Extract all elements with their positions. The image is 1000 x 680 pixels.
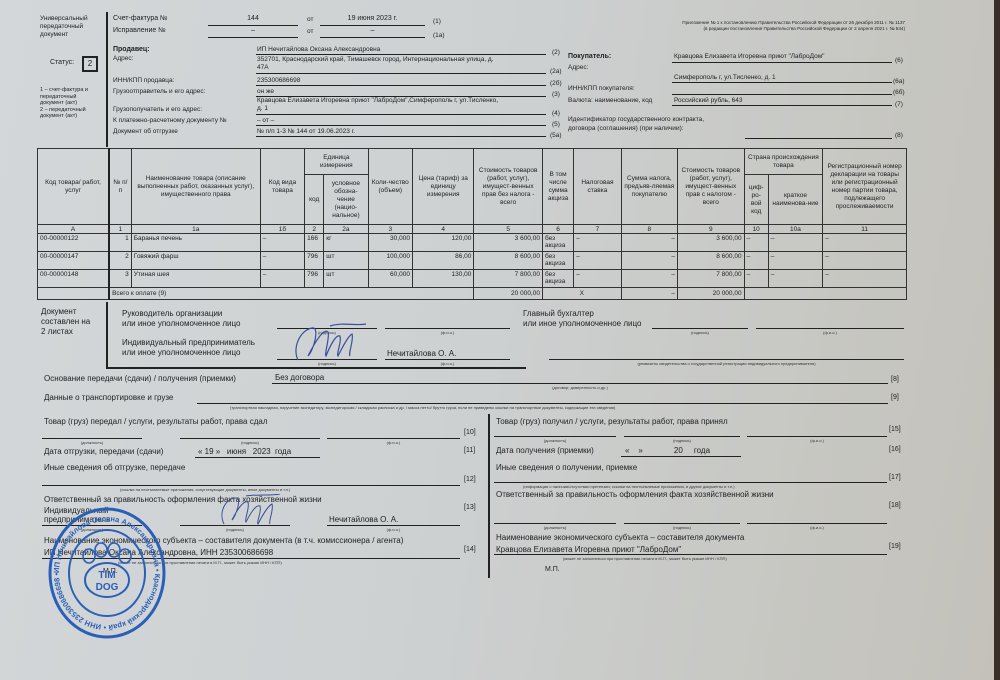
basis-line — [272, 383, 888, 384]
ref-12: [12] — [464, 476, 476, 483]
mp-right: М.П. — [545, 566, 560, 573]
cell-price: 86,00 — [412, 252, 473, 270]
basis-value: Без договора — [275, 373, 324, 382]
cap-sign: (подпись) — [624, 438, 740, 443]
cell-cost-with-tax: 3 600,00 — [678, 234, 745, 252]
ref-16: [16] — [889, 446, 901, 453]
address-line: 47А — [257, 64, 494, 72]
payment-doc-value: – от – — [257, 117, 274, 124]
cell-code: 00-00000122 — [38, 234, 110, 252]
cell-cost-no-tax: 3 600,00 — [474, 234, 543, 252]
ip-label: Индивидуальный предприниматель или иное … — [122, 338, 255, 358]
ip-fio-line — [385, 359, 510, 360]
cell-excise: без акциза — [542, 252, 573, 270]
resp-right-label: Ответственный за правильность оформления… — [496, 490, 774, 499]
underline — [745, 138, 892, 139]
doc-type-line: передаточный — [40, 23, 88, 31]
ip-cert-line — [549, 359, 904, 360]
ref-9-bracket: [9] — [891, 394, 899, 401]
underline — [208, 37, 298, 38]
seller-inn-value: 235300686698 — [257, 77, 300, 84]
col-header-price: Цена (тариф) за единицу измерения — [412, 149, 473, 225]
doc-type-label: Универсальный передаточный документ — [40, 15, 88, 39]
cell-kind-code: – — [260, 252, 304, 270]
ref-19: [19] — [889, 543, 901, 550]
other-recv-label: Иные сведения о получении, приемке — [496, 463, 637, 472]
underline — [256, 136, 546, 137]
fio-line — [327, 438, 460, 439]
doc-pages-line: составлен на — [41, 317, 90, 327]
cap-fio: (ф.и.о.) — [756, 330, 904, 335]
ship-date-label: Дата отгрузки, передачи (сдачи) — [44, 447, 163, 456]
doc-type-line: документ — [40, 31, 88, 39]
cap-fio: (ф.и.о.) — [385, 330, 510, 335]
doc-type-line: Универсальный — [40, 15, 88, 23]
col-header-unit-name: условное обозна-чение (нацио-нальное) — [324, 175, 368, 225]
underline — [672, 94, 892, 95]
ref-17: [17] — [889, 474, 901, 481]
seller-address-value: 352701, Краснодарский край, Тимашевск го… — [257, 56, 494, 72]
fio-line — [747, 436, 887, 437]
col-num: 2а — [324, 225, 368, 234]
cell-country-name: – — [768, 234, 822, 252]
col-header-kind-code: Код вида товара — [260, 149, 304, 225]
cell-country-code: – — [744, 252, 768, 270]
total-label: Всего к оплате (9) — [109, 288, 474, 300]
col-header-unit-group: Единица измерения — [305, 149, 368, 175]
consignee-line: д. 1 — [257, 105, 498, 113]
ref-11: [11] — [464, 447, 475, 454]
cap-fio: (ф.и.о.) — [385, 361, 510, 366]
head-label-line: или иное уполномоченное лицо — [122, 319, 240, 329]
cell-tax-rate: – — [574, 252, 621, 270]
cell-unit-name: шт — [324, 252, 368, 270]
resp-left-name: Нечитайлова О. А. — [329, 515, 398, 524]
handed-label: Товар (груз) передал / услуги, результат… — [44, 417, 268, 426]
received-label: Товар (груз) получил / услуги, результат… — [496, 417, 728, 426]
other-recv-line — [494, 482, 887, 483]
cap-fio: (ф.и.о.) — [327, 440, 460, 445]
ip-label-line: или иное уполномоченное лицо — [122, 348, 255, 358]
head-fio-line — [385, 328, 510, 329]
shipper-value: он же — [257, 88, 274, 95]
col-num: 7 — [574, 225, 621, 234]
buyer-label: Покупатель: — [568, 53, 611, 60]
other-recv-caption: (информация о наличии/отсутствии претенз… — [523, 484, 735, 489]
table-row: 00-00000148 3 Утиная шея – 796 шт 60,000… — [38, 270, 907, 288]
cell-excise: без акциза — [542, 234, 573, 252]
signature-divider — [106, 302, 108, 368]
underline — [672, 62, 892, 63]
cell-price: 130,00 — [412, 270, 473, 288]
col-num: 5 — [474, 225, 543, 234]
table-row: 00-00000147 2 Говяжий фарш – 796 шт 100,… — [38, 252, 907, 270]
total-cost-with-tax: 20 000,00 — [678, 288, 745, 300]
page-edge-shadow — [994, 0, 1000, 680]
column-numbers-row: А 1 1а 1б 2 2а 3 4 5 6 7 8 9 10 10а 11 — [38, 225, 907, 234]
invoice-label: Счет-фактура № — [113, 15, 168, 22]
chief-acc-label: Главный бухгалтер или иное уполномоченно… — [523, 309, 641, 329]
cell-empty — [38, 288, 110, 300]
col-num: 3 — [368, 225, 412, 234]
invoice-number: 144 — [208, 15, 298, 22]
status-legend: 1 – счет-фактура и передаточный документ… — [40, 87, 88, 120]
underline — [256, 54, 546, 55]
chief-fio-line — [756, 328, 904, 329]
basis-caption: (договор; доверенность и др.) — [272, 385, 888, 390]
ship-date-line — [195, 457, 320, 458]
col-header-qty: Коли-чество (объем) — [368, 149, 412, 225]
recv-date-value: « » 20 года — [625, 446, 710, 455]
cap-fio: (ф.и.о.) — [747, 525, 887, 530]
seller-address-label: Адрес: — [113, 55, 133, 62]
ref-1: (1) — [433, 18, 441, 25]
col-header-excise: В том числе сумма акциза — [542, 149, 573, 225]
col-header-unit-code: код — [305, 175, 324, 225]
underline — [672, 82, 892, 83]
col-num: 8 — [621, 225, 677, 234]
total-excise-x: Х — [542, 288, 621, 300]
fio-line — [327, 525, 460, 526]
basis-label: Основание передачи (сдачи) / получения (… — [44, 374, 236, 383]
other-ship-caption: (ссылки на неотъемлемые приложения, сопу… — [120, 487, 290, 492]
currency-value: Российский рубль, 643 — [674, 97, 743, 104]
position-line — [494, 436, 616, 437]
signature-scribble-icon — [290, 320, 370, 368]
goods-table: Код товара/ работ, услуг № п/п Наименова… — [37, 148, 907, 300]
cell-code: 00-00000147 — [38, 252, 110, 270]
from-label: от — [307, 16, 313, 23]
ref-10: [10] — [464, 429, 476, 436]
total-row: Всего к оплате (9) 20 000,00 Х – 20 000,… — [38, 288, 907, 300]
ref-14: [14] — [464, 546, 476, 553]
col-header-tax-sum: Сумма налога, предъяв-ляемая покупателю — [621, 149, 677, 225]
ref-2b: (2б) — [550, 80, 562, 87]
cell-cost-no-tax: 8 600,00 — [474, 252, 543, 270]
col-num: 10а — [768, 225, 822, 234]
col-num: 2 — [305, 225, 324, 234]
cell-excise: без акциза — [542, 270, 573, 288]
cell-num: 1 — [109, 234, 131, 252]
company-stamp-icon: ИП Нечитайлова Оксана Александровна • Кр… — [48, 506, 166, 640]
head-label-line: Руководитель организации — [122, 309, 240, 319]
cell-name: Баранья печень — [131, 234, 260, 252]
ref-2a: (2а) — [550, 68, 562, 75]
cell-code: 00-00000148 — [38, 270, 110, 288]
cap-sign: (подпись) — [652, 330, 748, 335]
cell-unit-code: 796 — [305, 252, 324, 270]
cell-tax-sum: – — [621, 252, 677, 270]
fio-line — [747, 523, 887, 524]
cell-empty — [744, 288, 906, 300]
ref-4: (4) — [552, 110, 560, 117]
cap-ip-cert: (реквизиты свидетельства о государственн… — [549, 361, 904, 366]
col-header-code: Код товара/ работ, услуг — [38, 149, 110, 225]
consignee-line: Кравцова Елизавета Игоревна приют "Лабро… — [257, 97, 498, 105]
underline — [672, 105, 892, 106]
entity-right-value: Кравцова Елизавета Игоревна приют "Лабро… — [496, 545, 681, 554]
ip-name: Нечитайлова О. А. — [387, 349, 456, 358]
ref-13: [13] — [464, 504, 476, 511]
ref-7: (7) — [895, 101, 903, 108]
ref-6a: (6а) — [893, 78, 905, 85]
total-tax-sum: – — [621, 288, 677, 300]
col-header-reg-num: Регистрационный номер декларации на това… — [823, 149, 907, 225]
head-label: Руководитель организации или иное уполно… — [122, 309, 240, 329]
col-header-cost-no-tax: Стоимость товаров (работ, услуг), имущес… — [474, 149, 543, 225]
col-header-num: № п/п — [109, 149, 131, 225]
cell-unit-name: шт — [324, 270, 368, 288]
ref-15: [15] — [889, 426, 901, 433]
correction-date: – — [320, 27, 425, 34]
ref-6b: (6б) — [893, 89, 905, 96]
doc-pages-line: 2 листах — [41, 327, 90, 337]
table-row: 00-00000122 1 Баранья печень – 166 кг 30… — [38, 234, 907, 252]
entity-right-caption: (может не заполняться при проставлении п… — [563, 556, 727, 561]
transport-caption: (транспортная накладная, поручение экспе… — [230, 405, 615, 410]
underline — [256, 125, 546, 126]
underline — [256, 73, 546, 74]
cell-num: 3 — [109, 270, 131, 288]
cell-kind-code: – — [260, 234, 304, 252]
cell-kind-code: – — [260, 270, 304, 288]
status-legend-line: 1 – счет-фактура и — [40, 87, 88, 94]
contract-label-1: Идентификатор государственного контракта… — [568, 116, 704, 123]
underline — [256, 114, 546, 115]
status-label: Статус: — [50, 59, 74, 66]
buyer-address-value: Симферополь г, ул.Тисленко, д. 1 — [674, 74, 776, 81]
ref-5a: (5а) — [550, 132, 562, 139]
consignee-label: Грузополучатель и его адрес: — [113, 106, 202, 113]
cap-sign: (подпись) — [180, 440, 320, 445]
cell-qty: 60,000 — [368, 270, 412, 288]
col-header-cost-with-tax: Стоимость товаров (работ, услуг), имущес… — [678, 149, 745, 225]
col-num: 10 — [744, 225, 768, 234]
cell-tax-rate: – — [574, 234, 621, 252]
shipment-doc-label: Документ об отгрузке — [113, 128, 178, 135]
cap-position: (должность) — [494, 438, 616, 443]
cell-country-name: – — [768, 252, 822, 270]
regulation-note: Приложение № 1 к постановлению Правитель… — [560, 20, 905, 32]
seller-inn-label: ИНН/КПП продавца: — [113, 77, 174, 84]
cap-position: (должность) — [494, 525, 616, 530]
ref-8: (8) — [895, 132, 903, 139]
col-header-country-name: краткое наименова-ние — [768, 175, 822, 225]
cell-unit-code: 166 — [305, 234, 324, 252]
col-header-country-group: Страна происхождения товара — [744, 149, 823, 175]
from-label: от — [307, 28, 313, 35]
underline — [320, 37, 425, 38]
cap-sign: (подпись) — [624, 525, 740, 530]
col-num: 9 — [678, 225, 745, 234]
cell-qty: 30,000 — [368, 234, 412, 252]
ref-8-bracket: [8] — [891, 376, 899, 383]
entity-right-label: Наименование экономического субъекта – с… — [496, 533, 744, 542]
col-num: 6 — [542, 225, 573, 234]
blocks-divider — [488, 414, 490, 578]
cap-position: (должность) — [42, 440, 142, 445]
doc-pages-line: Документ — [41, 307, 90, 317]
chief-acc-line: Главный бухгалтер — [523, 309, 641, 319]
shipper-label: Грузоотправитель и его адрес: — [113, 88, 205, 95]
ref-3: (3) — [552, 91, 560, 98]
status-box: 2 — [82, 56, 98, 72]
cell-unit-code: 796 — [305, 270, 324, 288]
consignee-value: Кравцова Елизавета Игоревна приют "Лабро… — [257, 97, 498, 113]
ref-2: (2) — [552, 49, 560, 56]
cell-name: Утиная шея — [131, 270, 260, 288]
other-ship-label: Иные сведения об отгрузке, передаче — [44, 463, 185, 472]
seller-label: Продавец: — [113, 46, 150, 53]
entity-right-line — [494, 554, 887, 555]
cap-fio: (ф.и.о.) — [747, 438, 887, 443]
cell-price: 120,00 — [412, 234, 473, 252]
cell-cost-with-tax: 7 800,00 — [678, 270, 745, 288]
cell-reg-num: – — [823, 270, 907, 288]
currency-label: Валюта: наименование, код — [568, 97, 652, 104]
seller-value: ИП Нечитайлова Оксана Александровна — [257, 46, 380, 53]
buyer-inn-label: ИНН/КПП покупателя: — [568, 85, 635, 92]
cell-reg-num: – — [823, 252, 907, 270]
ip-label-line: Индивидуальный предприниматель — [122, 338, 255, 348]
cell-country-code: – — [744, 234, 768, 252]
col-header-country-code: циф-ро-вой код — [744, 175, 768, 225]
cell-tax-sum: – — [621, 270, 677, 288]
cell-unit-name: кг — [324, 234, 368, 252]
underline — [208, 25, 298, 26]
stamp-center-line1: TIM — [98, 570, 115, 581]
col-num: 1б — [260, 225, 304, 234]
ship-date-value: « 19 » июня 2023 года — [198, 447, 291, 456]
cap-fio: (ф.и.о.) — [327, 527, 460, 532]
sign-line — [624, 436, 740, 437]
total-cost-no-tax: 20 000,00 — [474, 288, 543, 300]
col-header-tax-rate: Налоговая ставка — [574, 149, 621, 225]
recv-date-label: Дата получения (приемки) — [496, 446, 594, 455]
ref-5: (5) — [552, 121, 560, 128]
cell-qty: 100,000 — [368, 252, 412, 270]
chief-acc-line: или иное уполномоченное лицо — [523, 319, 641, 329]
cell-reg-num: – — [823, 234, 907, 252]
col-num: 1а — [131, 225, 260, 234]
underline — [256, 85, 546, 86]
signature-scribble-icon — [218, 494, 282, 528]
chief-sign-line — [652, 328, 748, 329]
cell-tax-sum: – — [621, 234, 677, 252]
buyer-address-label: Адрес: — [568, 64, 588, 71]
cell-cost-no-tax: 7 800,00 — [474, 270, 543, 288]
ref-6: (6) — [895, 57, 903, 64]
cell-num: 2 — [109, 252, 131, 270]
col-num: А — [38, 225, 110, 234]
other-ship-line — [42, 485, 460, 486]
transport-line — [197, 403, 888, 404]
stamp-center-line2: DOG — [96, 582, 119, 593]
header-divider — [106, 12, 108, 147]
correction-number: – — [208, 27, 298, 34]
col-num: 1 — [109, 225, 131, 234]
ref-18: [18] — [889, 502, 901, 509]
recv-date-line — [621, 456, 741, 457]
col-num: 4 — [412, 225, 473, 234]
cell-name: Говяжий фарш — [131, 252, 260, 270]
sign-line — [624, 523, 740, 524]
cell-tax-rate: – — [574, 270, 621, 288]
underline — [320, 25, 425, 26]
regulation-line: (в редакции постановления Правительства … — [560, 26, 905, 32]
shipment-doc-value: № п/п 1-3 № 144 от 19.06.2023 г. — [257, 128, 355, 135]
col-header-name: Наименование товара (описание выполненны… — [131, 149, 260, 225]
invoice-date: 19 июня 2023 г. — [320, 15, 425, 22]
position-line — [42, 438, 142, 439]
status-legend-line: документ (акт) — [40, 113, 88, 120]
ref-1a: (1а) — [433, 32, 445, 39]
col-num: 11 — [823, 225, 907, 234]
doc-pages-note: Документ составлен на 2 листах — [41, 307, 90, 337]
position-line — [494, 523, 616, 524]
transport-label: Данные о транспортировке и грузе — [44, 393, 173, 402]
contract-label-2: договора (соглашения) (при наличии): — [568, 125, 684, 132]
address-line: 352701, Краснодарский край, Тимашевск го… — [257, 56, 494, 64]
correction-label: Исправление № — [113, 27, 166, 34]
cell-country-name: – — [768, 270, 822, 288]
cell-cost-with-tax: 8 600,00 — [678, 252, 745, 270]
buyer-value: Кравцова Елизавета Игоревна приют "Лабро… — [674, 53, 825, 60]
payment-doc-label: К платежно-расчетному документу № — [113, 117, 227, 124]
sign-line — [180, 438, 320, 439]
cell-country-code: – — [744, 270, 768, 288]
